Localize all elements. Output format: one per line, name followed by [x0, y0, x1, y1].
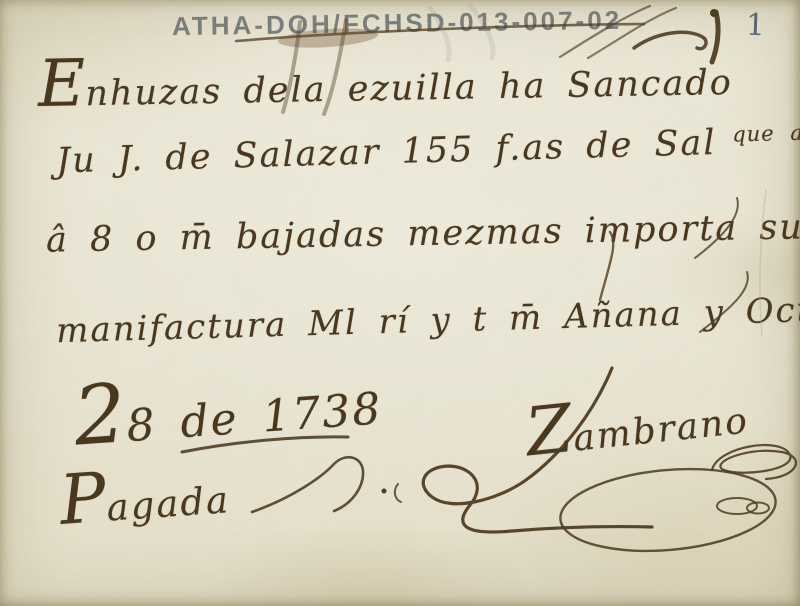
manuscript-line-2: Ju J. de Salazar 155 f.as de Salque apre… [56, 119, 800, 182]
signature-small-loop-1 [717, 498, 757, 514]
signature-coil-loops [712, 445, 796, 479]
manuscript-line-2-main: Ju J. de Salazar 155 f.as de Sal [56, 123, 717, 181]
manuscript-line-4-main: manifactura Ml rí y t m̄ Añana y Octu [56, 289, 800, 351]
signature: Zambrano [524, 387, 751, 465]
paid-note: Pagada [58, 466, 231, 533]
manuscript-line-2-tail: que aprecio [732, 119, 800, 147]
manuscript-line-3: â 8 o m̄ bajadas mezmas importa su [46, 207, 800, 260]
manuscript-line-1: Enhuzas dela ezuilla ha Sancado [38, 50, 734, 115]
archival-reference: ATHA-DOH/FCHSD-013-007-02 [172, 5, 623, 42]
folio-number: 1 [745, 8, 765, 44]
date-line: 28 de 1738 [72, 367, 384, 455]
signature-small-loop-2 [747, 503, 769, 514]
paid-note-flourish [252, 457, 401, 512]
signature-oval-loop [557, 461, 779, 560]
manuscript-line-4: manifactura Ml rí y t m̄ Añana y Octure [56, 289, 800, 351]
manuscript-page: ATHA-DOH/FCHSD-013-007-02 1 Enhuzas dela… [0, 0, 800, 606]
